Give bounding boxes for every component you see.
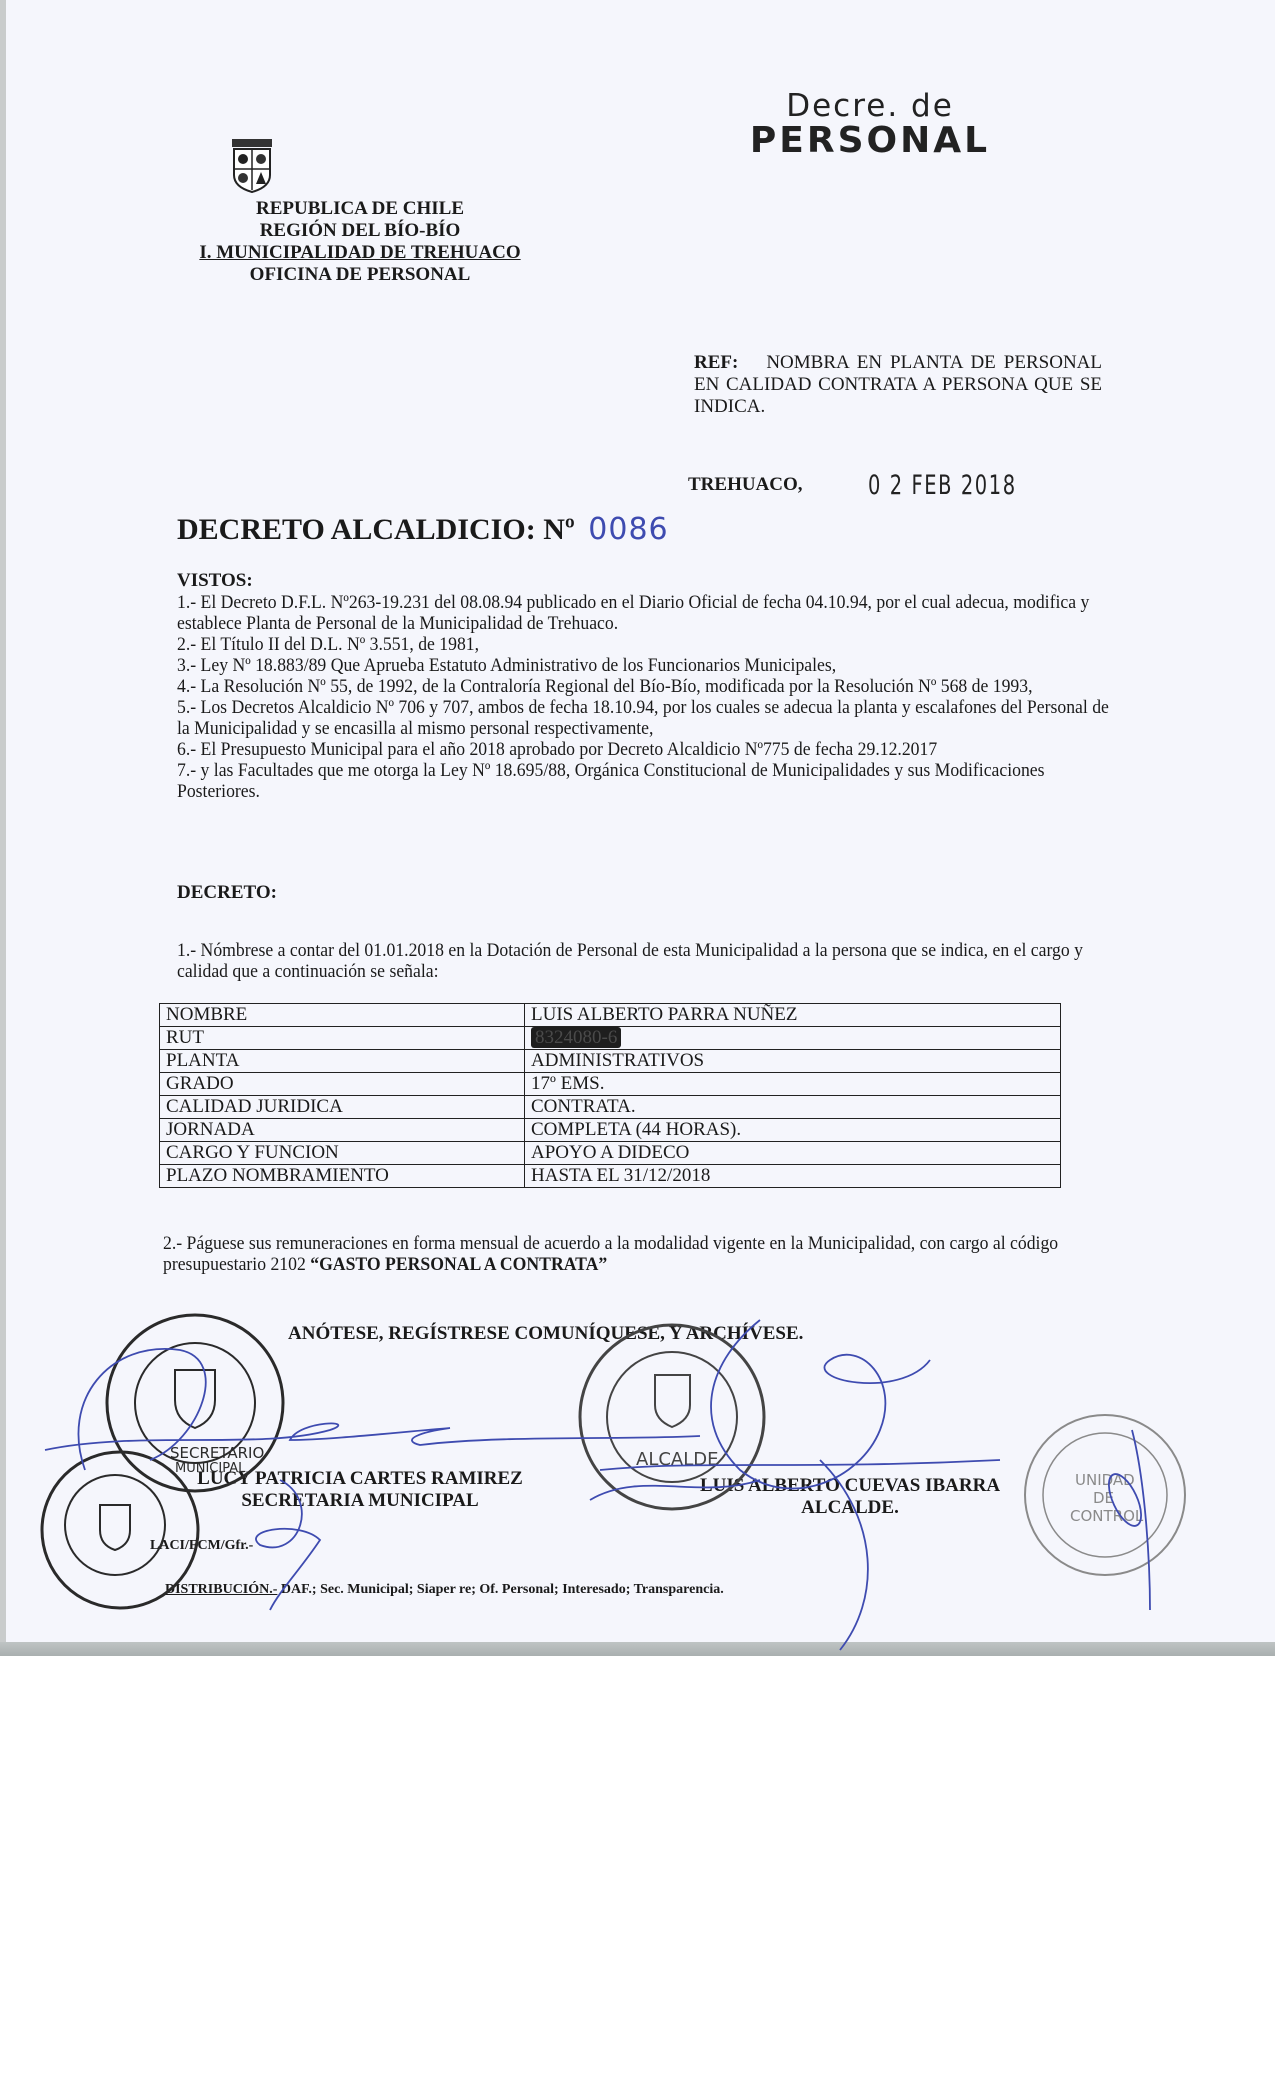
signatory-title: ALCALDE. [670, 1497, 1030, 1519]
field-value: APOYO A DIDECO [525, 1142, 1061, 1165]
field-label: GRADO [160, 1073, 525, 1096]
org-line: REGIÓN DEL BÍO-BÍO [180, 220, 540, 242]
vistos-item: 1.- El Decreto D.F.L. Nº263-19.231 del 0… [177, 592, 1121, 634]
vistos-heading: VISTOS: [177, 570, 253, 592]
field-label: CARGO Y FUNCION [160, 1142, 525, 1165]
field-label: NOMBRE [160, 1004, 525, 1027]
table-row: NOMBRELUIS ALBERTO PARRA NUÑEZ [160, 1004, 1061, 1027]
vistos-item: 6.- El Presupuesto Municipal para el año… [177, 739, 1121, 760]
table-row: GRADO17º EMS. [160, 1073, 1061, 1096]
scan-edge [0, 1642, 1275, 1656]
stamp-line: PERSONAL [720, 120, 1020, 161]
signature-block-secretary: LUCY PATRICIA CARTES RAMIREZ SECRETARIA … [160, 1468, 560, 1512]
org-line: OFICINA DE PERSONAL [180, 264, 540, 286]
field-label: RUT [160, 1027, 525, 1050]
field-value: ADMINISTRATIVOS [525, 1050, 1061, 1073]
field-value: COMPLETA (44 HORAS). [525, 1119, 1061, 1142]
distribution-label: DISTRIBUCIÓN.- [165, 1582, 277, 1597]
issuer-block: REPUBLICA DE CHILE REGIÓN DEL BÍO-BÍO I.… [180, 198, 540, 286]
field-label: PLAZO NOMBRAMIENTO [160, 1165, 525, 1188]
decreto-heading: DECRETO: [177, 882, 277, 904]
initials: LACI/FCM/Gfr.- [150, 1538, 253, 1554]
distribution-list: DAF.; Sec. Municipal; Siaper re; Of. Per… [277, 1582, 723, 1597]
decree-number-handwritten: 0086 [588, 512, 668, 547]
number-label: Nº [543, 513, 575, 546]
field-value: HASTA EL 31/12/2018 [525, 1165, 1061, 1188]
signatory-name: LUCY PATRICIA CARTES RAMIREZ [160, 1468, 560, 1490]
field-label: JORNADA [160, 1119, 525, 1142]
vistos-list: 1.- El Decreto D.F.L. Nº263-19.231 del 0… [177, 592, 1121, 802]
article-1: 1.- Nómbrese a contar del 01.01.2018 en … [177, 940, 1121, 982]
org-line: I. MUNICIPALIDAD DE TREHUACO [180, 242, 540, 264]
stamp-line: Decre. de [720, 88, 1020, 124]
date-stamp: 0 2 FEB 2018 [868, 470, 1017, 501]
field-label: PLANTA [160, 1050, 525, 1073]
ref-label: REF: [694, 352, 738, 373]
budget-code-label: “GASTO PERSONAL A CONTRATA” [310, 1254, 607, 1275]
signatory-title: SECRETARIA MUNICIPAL [160, 1490, 560, 1512]
table-row: JORNADACOMPLETA (44 HORAS). [160, 1119, 1061, 1142]
vistos-item: 2.- El Título II del D.L. Nº 3.551, de 1… [177, 634, 1121, 655]
vistos-item: 4.- La Resolución Nº 55, de 1992, de la … [177, 676, 1121, 697]
signature-block-mayor: LUIS ALBERTO CUEVAS IBARRA ALCALDE. [670, 1475, 1030, 1519]
vistos-item: 7.- y las Facultades que me otorga la Le… [177, 760, 1121, 802]
decree-label: DECRETO ALCALDICIO: [177, 513, 536, 546]
org-line: REPUBLICA DE CHILE [180, 198, 540, 220]
field-value: 17º EMS. [525, 1073, 1061, 1096]
decree-number: DECRETO ALCALDICIO: Nº 0086 [177, 512, 669, 547]
vistos-item: 3.- Ley Nº 18.883/89 Que Aprueba Estatut… [177, 655, 1121, 676]
table-row: PLAZO NOMBRAMIENTOHASTA EL 31/12/2018 [160, 1165, 1061, 1188]
place: TREHUACO, [688, 474, 803, 496]
article-2-text: 2.- Páguese sus remuneraciones en forma … [163, 1233, 1058, 1275]
reference-block: REF:NOMBRA EN PLANTA DE PERSONAL EN CALI… [694, 352, 1102, 418]
field-value: 8324080-6 [525, 1027, 1061, 1050]
appointment-table: NOMBRELUIS ALBERTO PARRA NUÑEZ RUT832408… [159, 1003, 1061, 1188]
ref-text: NOMBRA EN PLANTA DE PERSONAL EN CALIDAD … [694, 352, 1102, 417]
field-value: CONTRATA. [525, 1096, 1061, 1119]
document-type-stamp: Decre. de PERSONAL [720, 88, 1020, 161]
article-2: 2.- Páguese sus remuneraciones en forma … [163, 1233, 1126, 1275]
vistos-item: 5.- Los Decretos Alcaldicio Nº 706 y 707… [177, 697, 1121, 739]
table-row: PLANTAADMINISTRATIVOS [160, 1050, 1061, 1073]
coat-of-arms-icon [228, 139, 276, 193]
table-row: CALIDAD JURIDICACONTRATA. [160, 1096, 1061, 1119]
field-label: CALIDAD JURIDICA [160, 1096, 525, 1119]
table-row: RUT8324080-6 [160, 1027, 1061, 1050]
redacted-rut: 8324080-6 [531, 1027, 621, 1048]
signatory-name: LUIS ALBERTO CUEVAS IBARRA [670, 1475, 1030, 1497]
distribution: DISTRIBUCIÓN.- DAF.; Sec. Municipal; Sia… [165, 1582, 724, 1598]
closing-formula: ANÓTESE, REGÍSTRESE COMUNÍQUESE, Y ARCHÍ… [288, 1323, 803, 1345]
field-value: LUIS ALBERTO PARRA NUÑEZ [525, 1004, 1061, 1027]
table-row: CARGO Y FUNCIONAPOYO A DIDECO [160, 1142, 1061, 1165]
